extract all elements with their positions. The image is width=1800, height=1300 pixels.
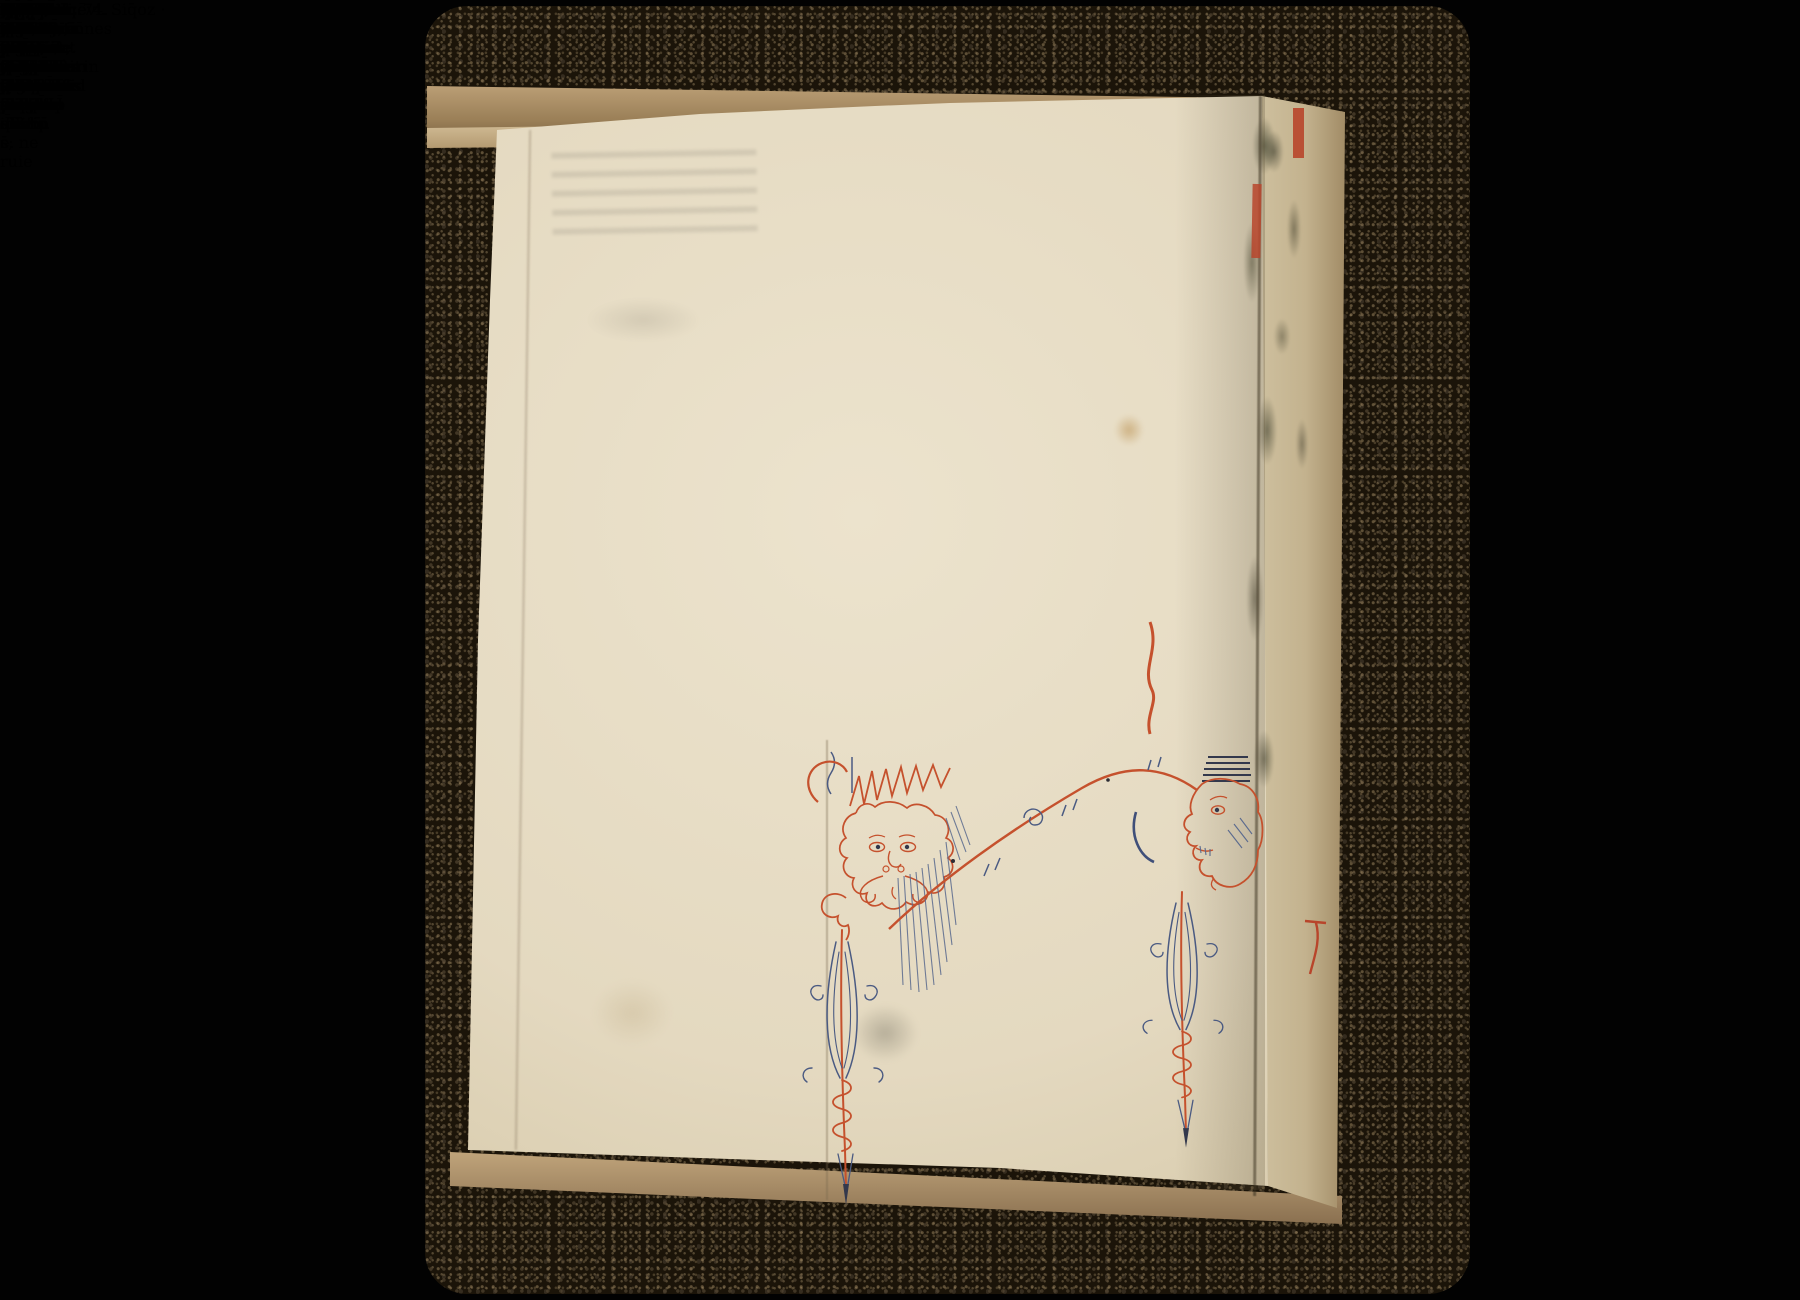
beard-hatching [898, 806, 970, 992]
connecting-arc [889, 757, 1197, 929]
pen-flourish-right [1143, 892, 1223, 1148]
cap-lines [1202, 757, 1251, 781]
r-initial-descender [1134, 812, 1154, 862]
right-grotesque-face [1184, 757, 1262, 890]
manuscript-photo: ⁊ō · xvi. q. vi. Siq̄oz · ⁊ō · di. xi. C… [0, 0, 1800, 1300]
edge-marks [1251, 108, 1326, 974]
c-initial-flourish [808, 752, 852, 802]
pen-flourish-left [803, 930, 883, 1205]
q-initial-tail [1148, 622, 1153, 734]
drollery-drawings [0, 0, 1800, 1300]
